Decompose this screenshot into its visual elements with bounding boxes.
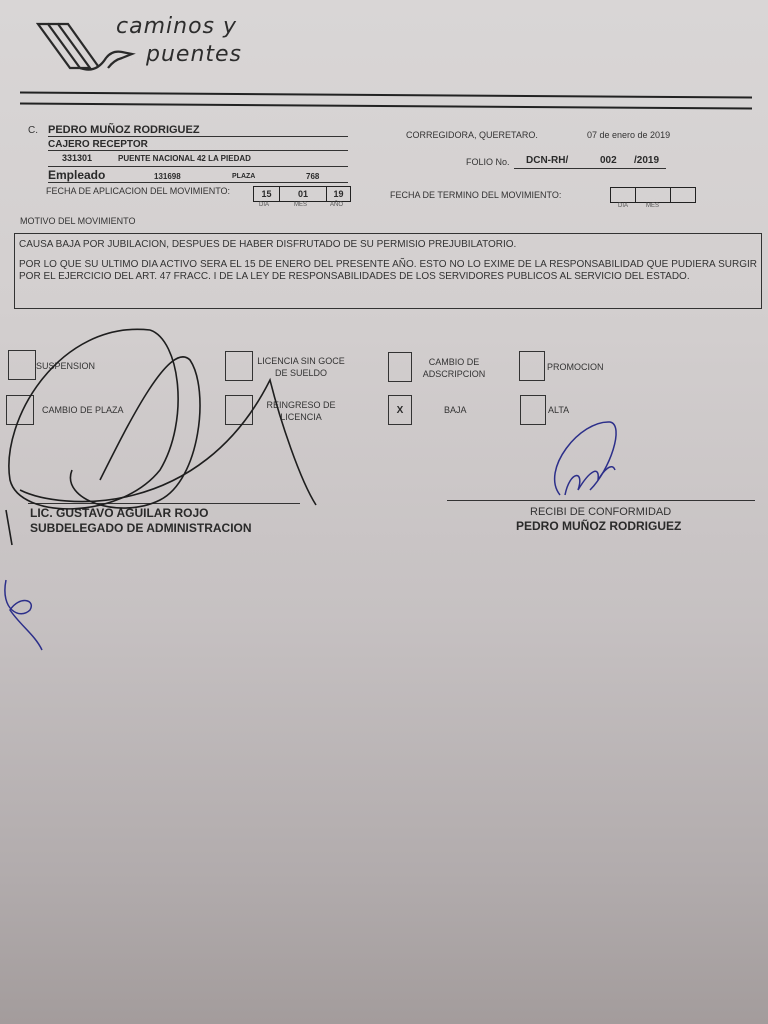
label-cambio-de-adscripcion: CAMBIO DE ADSCRIPCION <box>420 356 488 380</box>
fecha-termino-dia[interactable] <box>611 188 636 202</box>
folio-year: /2019 <box>634 155 659 166</box>
checkbox-promocion[interactable] <box>519 351 545 381</box>
left-signer-title: SUBDELEGADO DE ADMINISTRACION <box>30 521 252 535</box>
right-signature-caption: RECIBI DE CONFORMIDAD <box>530 506 671 518</box>
right-signer-name: PEDRO MUÑOZ RODRIGUEZ <box>516 519 681 533</box>
termino-dia-caption: DIA <box>618 203 628 209</box>
checkbox-reingreso-de-licencia[interactable] <box>225 395 253 425</box>
folio-label: FOLIO No. <box>466 157 510 167</box>
empleado-number: 131698 <box>154 172 181 181</box>
checkbox-suspension[interactable] <box>8 350 36 380</box>
left-signer-name: LIC. GUSTAVO AGUILAR ROJO <box>30 506 208 520</box>
fecha-aplicacion-mes: 01 <box>280 187 327 201</box>
issue-date: 07 de enero de 2019 <box>587 130 670 140</box>
location-name: PUENTE NACIONAL 42 LA PIEDAD <box>118 154 251 163</box>
checkbox-licencia-sin-goce[interactable] <box>225 351 253 381</box>
label-cambio-de-plaza: CAMBIO DE PLAZA <box>42 404 124 416</box>
fecha-termino-box[interactable] <box>610 187 696 203</box>
location-code: 331301 <box>62 153 92 163</box>
plaza-label: PLAZA <box>232 173 255 180</box>
place: CORREGIDORA, QUERETARO. <box>406 130 538 140</box>
checkbox-cambio-de-adscripcion[interactable] <box>388 352 412 382</box>
dia-caption: DIA <box>259 202 269 208</box>
employee-name: PEDRO MUÑOZ RODRIGUEZ <box>48 124 348 137</box>
motivo-paragraph-2: POR LO QUE SU ULTIMO DIA ACTIVO SERA EL … <box>19 259 757 283</box>
label-licencia-sin-goce: LICENCIA SIN GOCE DE SUELDO <box>256 355 346 379</box>
logo-line-1: caminos y <box>116 14 237 39</box>
motivo-paragraph-1: CAUSA BAJA POR JUBILACION, DESPUES DE HA… <box>19 239 757 251</box>
motivo-box: CAUSA BAJA POR JUBILACION, DESPUES DE HA… <box>14 233 762 309</box>
left-signature-line <box>28 503 300 504</box>
fecha-aplicacion-dia: 15 <box>254 187 280 201</box>
logo-line-2: puentes <box>146 42 242 67</box>
checkbox-baja[interactable]: X <box>388 395 412 425</box>
checkbox-cambio-de-plaza[interactable] <box>6 395 34 425</box>
checkbox-alta[interactable] <box>520 395 546 425</box>
addressee-prefix: C. <box>28 125 38 136</box>
header-rule-top <box>20 91 752 98</box>
fecha-termino-anio[interactable] <box>671 188 695 202</box>
label-reingreso-de-licencia: REINGRESO DE LICENCIA <box>262 399 340 423</box>
employee-position: CAJERO RECEPTOR <box>48 139 348 151</box>
empleado-row: Empleado 131698 PLAZA 768 <box>48 168 348 183</box>
right-signature-line <box>447 500 755 501</box>
folio-value: DCN-RH/ 002 /2019 <box>514 154 666 169</box>
folio-prefix: DCN-RH/ <box>526 155 568 166</box>
header-rule-bottom <box>20 102 752 109</box>
mes-caption: MES <box>294 202 307 208</box>
label-suspension: SUSPENSION <box>36 360 95 372</box>
label-promocion: PROMOCION <box>547 361 604 373</box>
motivo-label: MOTIVO DEL MOVIMIENTO <box>20 216 136 226</box>
label-alta: ALTA <box>548 404 569 416</box>
fecha-termino-mes[interactable] <box>636 188 671 202</box>
empleado-label: Empleado <box>48 168 105 182</box>
fecha-aplicacion-label: FECHA DE APLICACION DEL MOVIMIENTO: <box>46 186 230 196</box>
fecha-aplicacion-box: 15 01 19 <box>253 186 351 202</box>
location-row: 331301 PUENTE NACIONAL 42 LA PIEDAD <box>48 153 348 167</box>
anio-caption: AÑO <box>330 202 343 208</box>
label-baja: BAJA <box>444 404 467 416</box>
plaza-number: 768 <box>306 172 319 181</box>
folio-number: 002 <box>600 155 617 166</box>
fecha-termino-label: FECHA DE TERMINO DEL MOVIMIENTO: <box>390 190 561 200</box>
termino-mes-caption: MES <box>646 203 659 209</box>
fecha-aplicacion-anio: 19 <box>327 187 350 201</box>
